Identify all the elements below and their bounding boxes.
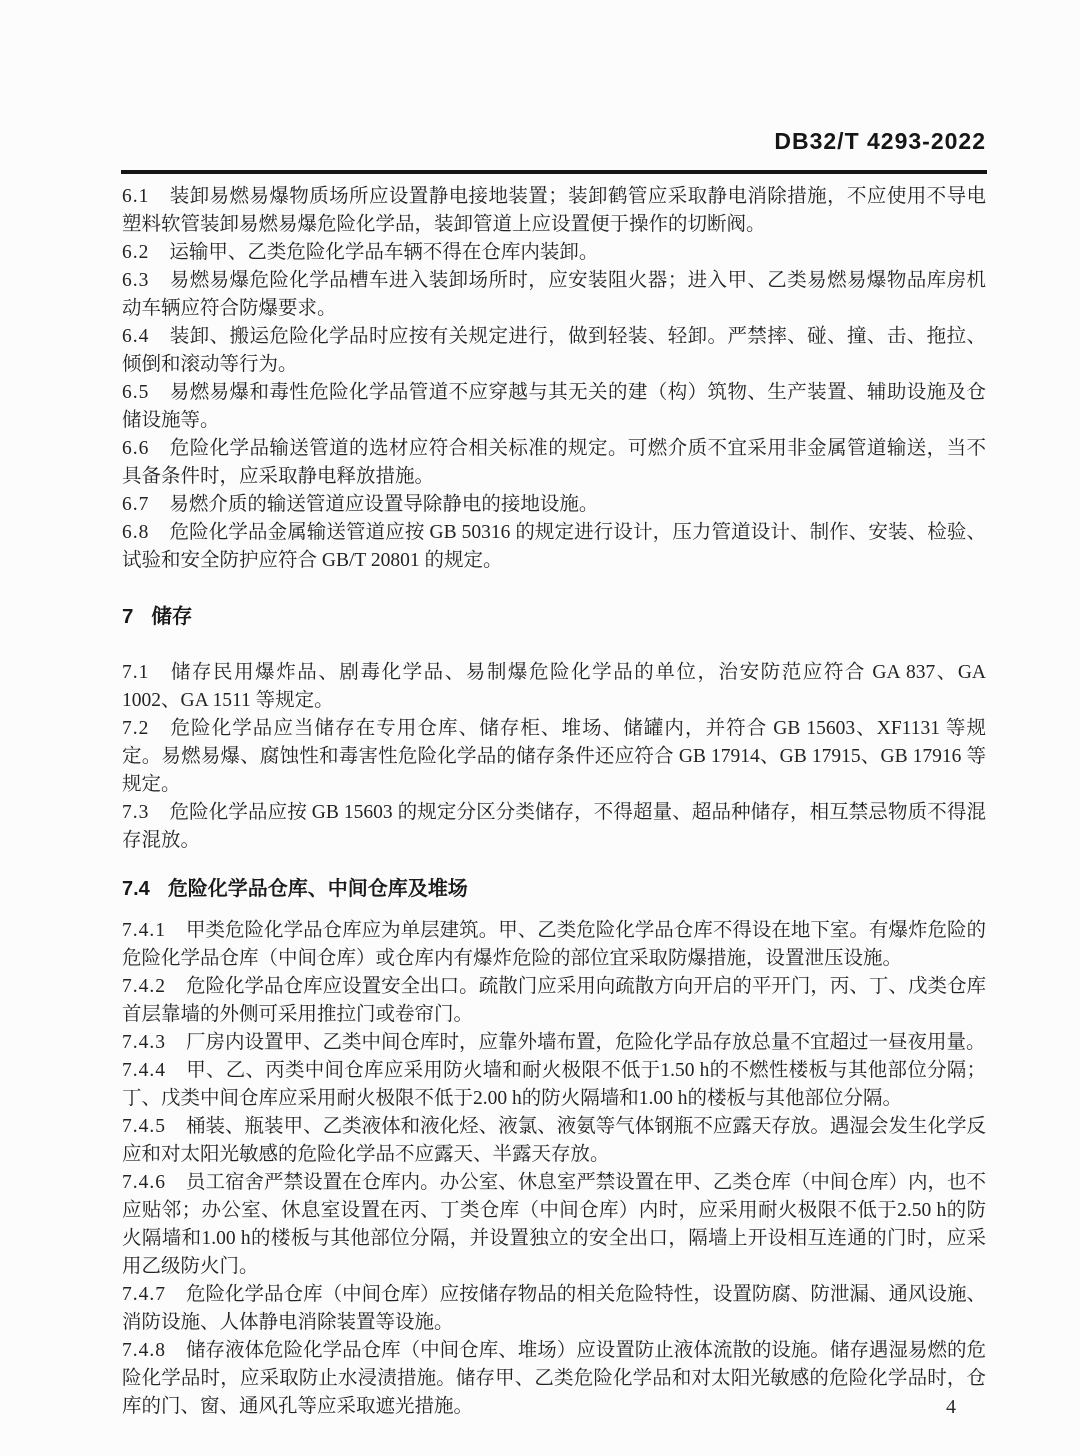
clause-6-4: 6.4装卸、搬运危险化学品时应按有关规定进行，做到轻装、轻卸。严禁摔、碰、撞、击… bbox=[122, 323, 986, 379]
standard-number: DB32/T 4293-2022 bbox=[774, 128, 986, 154]
clause-text: 危险化学品金属输送管道应按 GB 50316 的规定进行设计，压力管道设计、制作… bbox=[122, 522, 986, 571]
clause-number: 7.4.7 bbox=[122, 1284, 166, 1305]
section-title: 储存 bbox=[151, 605, 192, 628]
clause-number: 7.4.2 bbox=[122, 976, 166, 997]
clause-7-4-4: 7.4.4甲、乙、丙类中间仓库应采用防火墙和耐火极限不低于1.50 h的不燃性楼… bbox=[122, 1057, 986, 1113]
clause-number: 6.7 bbox=[122, 494, 149, 515]
clause-7-4-3: 7.4.3厂房内设置甲、乙类中间仓库时，应靠外墙布置，危险化学品存放总量不宜超过… bbox=[122, 1029, 986, 1057]
clause-6-5: 6.5易燃易爆和毒性危险化学品管道不应穿越与其无关的建（构）筑物、生产装置、辅助… bbox=[122, 379, 986, 435]
clause-number: 7.4.8 bbox=[122, 1340, 166, 1361]
clause-number: 6.3 bbox=[122, 270, 149, 291]
clause-text: 厂房内设置甲、乙类中间仓库时，应靠外墙布置，危险化学品存放总量不宜超过一昼夜用量… bbox=[186, 1032, 986, 1053]
clause-text: 储存民用爆炸品、剧毒化学品、易制爆危险化学品的单位，治安防范应符合 GA 837… bbox=[122, 662, 986, 711]
clause-7-3: 7.3危险化学品应按 GB 15603 的规定分区分类储存，不得超量、超品种储存… bbox=[122, 799, 986, 855]
document-body: 6.1装卸易燃易爆物质场所应设置静电接地装置；装卸鹤管应采取静电消除措施，不应使… bbox=[122, 183, 986, 1421]
clause-text: 储存液体危险化学品仓库（中间仓库、堆场）应设置防止液体流散的设施。储存遇湿易燃的… bbox=[122, 1340, 986, 1417]
clause-number: 6.6 bbox=[122, 438, 149, 459]
clause-text: 甲、乙、丙类中间仓库应采用防火墙和耐火极限不低于1.50 h的不燃性楼板与其他部… bbox=[122, 1060, 986, 1109]
clause-text: 装卸易燃易爆物质场所应设置静电接地装置；装卸鹤管应采取静电消除措施，不应使用不导… bbox=[122, 186, 986, 235]
clause-7-4-6: 7.4.6员工宿舍严禁设置在仓库内。办公室、休息室严禁设置在甲、乙类仓库（中间仓… bbox=[122, 1169, 986, 1281]
clause-text: 危险化学品应当储存在专用仓库、储存柜、堆场、储罐内，并符合 GB 15603、X… bbox=[122, 718, 986, 795]
clause-number: 7.4.5 bbox=[122, 1116, 166, 1137]
clause-text: 桶装、瓶装甲、乙类液体和液化烃、液氯、液氨等气体钢瓶不应露天存放。遇湿会发生化学… bbox=[122, 1116, 986, 1165]
clause-number: 7.4.1 bbox=[122, 920, 166, 941]
clause-7-4-7: 7.4.7危险化学品仓库（中间仓库）应按储存物品的相关危险特性，设置防腐、防泄漏… bbox=[122, 1281, 986, 1337]
clause-text: 甲类危险化学品仓库应为单层建筑。甲、乙类危险化学品仓库不得设在地下室。有爆炸危险… bbox=[122, 920, 986, 969]
clause-7-4-2: 7.4.2危险化学品仓库应设置安全出口。疏散门应采用向疏散方向开启的平开门，丙、… bbox=[122, 973, 986, 1029]
clause-number: 6.1 bbox=[122, 186, 149, 207]
document-page: DB32/T 4293-2022 6.1装卸易燃易爆物质场所应设置静电接地装置；… bbox=[0, 0, 1080, 1456]
clause-number: 7.4.6 bbox=[122, 1172, 166, 1193]
clause-number: 7.1 bbox=[122, 662, 149, 683]
section-7-4-heading: 7.4危险化学品仓库、中间仓库及堆场 bbox=[122, 875, 986, 903]
clause-number: 6.4 bbox=[122, 326, 149, 347]
clause-6-6: 6.6危险化学品输送管道的选材应符合相关标准的规定。可燃介质不宜采用非金属管道输… bbox=[122, 435, 986, 491]
section-number: 7 bbox=[122, 605, 133, 628]
clause-text: 危险化学品输送管道的选材应符合相关标准的规定。可燃介质不宜采用非金属管道输送，当… bbox=[122, 438, 986, 487]
clause-6-3: 6.3易燃易爆危险化学品槽车进入装卸场所时，应安装阻火器；进入甲、乙类易燃易爆物… bbox=[122, 267, 986, 323]
clause-text: 危险化学品仓库应设置安全出口。疏散门应采用向疏散方向开启的平开门，丙、丁、戊类仓… bbox=[122, 976, 986, 1025]
clause-text: 装卸、搬运危险化学品时应按有关规定进行，做到轻装、轻卸。严禁摔、碰、撞、击、拖拉… bbox=[122, 326, 986, 375]
clause-6-1: 6.1装卸易燃易爆物质场所应设置静电接地装置；装卸鹤管应采取静电消除措施，不应使… bbox=[122, 183, 986, 239]
clause-number: 6.2 bbox=[122, 242, 149, 263]
clause-number: 6.5 bbox=[122, 382, 149, 403]
section-number: 7.4 bbox=[122, 878, 150, 900]
clause-number: 7.4.3 bbox=[122, 1032, 166, 1053]
section-title: 危险化学品仓库、中间仓库及堆场 bbox=[168, 878, 468, 900]
clause-6-8: 6.8危险化学品金属输送管道应按 GB 50316 的规定进行设计，压力管道设计… bbox=[122, 519, 986, 575]
clause-number: 7.4.4 bbox=[122, 1060, 166, 1081]
clause-text: 易燃易爆危险化学品槽车进入装卸场所时，应安装阻火器；进入甲、乙类易燃易爆物品库房… bbox=[122, 270, 986, 319]
clause-text: 运输甲、乙类危险化学品车辆不得在仓库内装卸。 bbox=[169, 242, 598, 263]
clause-7-1: 7.1储存民用爆炸品、剧毒化学品、易制爆危险化学品的单位，治安防范应符合 GA … bbox=[122, 659, 986, 715]
clause-6-7: 6.7易燃介质的输送管道应设置导除静电的接地设施。 bbox=[122, 491, 986, 519]
page-number: 4 bbox=[946, 1396, 956, 1419]
clause-number: 6.8 bbox=[122, 522, 149, 543]
clause-number: 7.3 bbox=[122, 802, 149, 823]
clause-text: 员工宿舍严禁设置在仓库内。办公室、休息室严禁设置在甲、乙类仓库（中间仓库）内，也… bbox=[122, 1172, 986, 1277]
clause-text: 易燃易爆和毒性危险化学品管道不应穿越与其无关的建（构）筑物、生产装置、辅助设施及… bbox=[122, 382, 986, 431]
clause-text: 危险化学品仓库（中间仓库）应按储存物品的相关危险特性，设置防腐、防泄漏、通风设施… bbox=[122, 1284, 986, 1333]
clause-7-4-8: 7.4.8储存液体危险化学品仓库（中间仓库、堆场）应设置防止液体流散的设施。储存… bbox=[122, 1337, 986, 1421]
page-header: DB32/T 4293-2022 bbox=[0, 128, 986, 155]
header-rule bbox=[121, 170, 987, 174]
clause-number: 7.2 bbox=[122, 718, 149, 739]
clause-text: 易燃介质的输送管道应设置导除静电的接地设施。 bbox=[169, 494, 598, 515]
section-7-heading: 7储存 bbox=[122, 603, 986, 631]
clause-7-4-1: 7.4.1甲类危险化学品仓库应为单层建筑。甲、乙类危险化学品仓库不得设在地下室。… bbox=[122, 917, 986, 973]
clause-7-4-5: 7.4.5桶装、瓶装甲、乙类液体和液化烃、液氯、液氨等气体钢瓶不应露天存放。遇湿… bbox=[122, 1113, 986, 1169]
clause-7-2: 7.2危险化学品应当储存在专用仓库、储存柜、堆场、储罐内，并符合 GB 1560… bbox=[122, 715, 986, 799]
clause-6-2: 6.2运输甲、乙类危险化学品车辆不得在仓库内装卸。 bbox=[122, 239, 986, 267]
clause-text: 危险化学品应按 GB 15603 的规定分区分类储存，不得超量、超品种储存，相互… bbox=[122, 802, 986, 851]
